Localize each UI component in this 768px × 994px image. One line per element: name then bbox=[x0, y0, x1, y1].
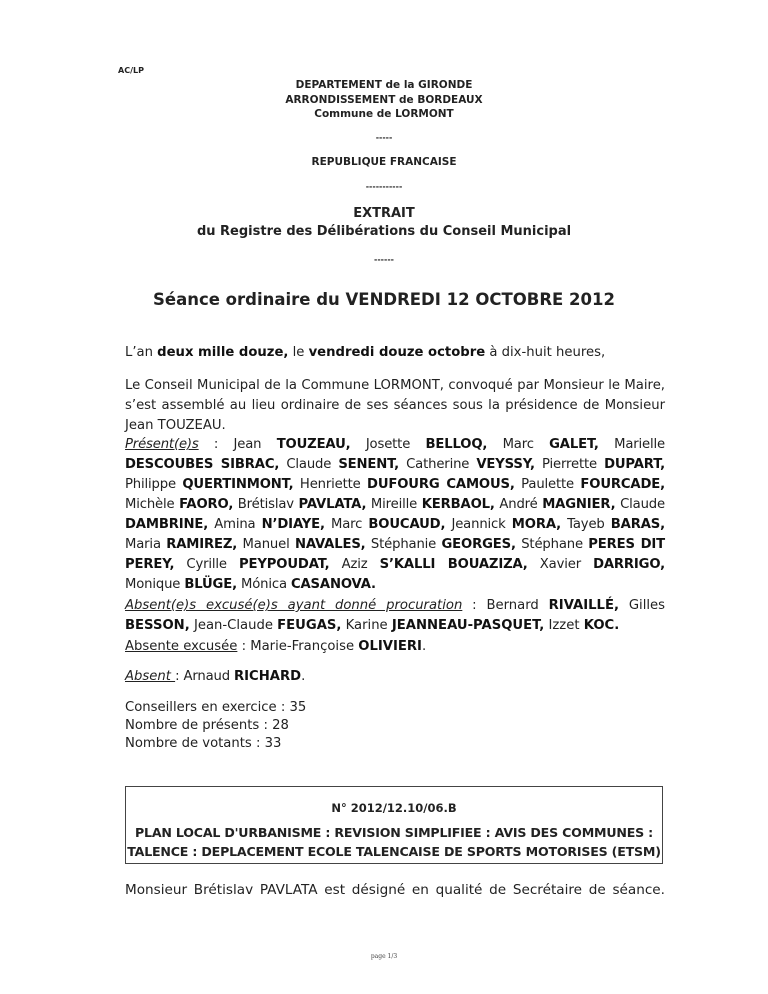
text-fragment: le bbox=[288, 345, 308, 360]
person-surname: JEANNEAU-PASQUET, bbox=[392, 618, 544, 633]
deliberation-box: N° 2012/12.10/06.B PLAN LOCAL D'URBANISM… bbox=[125, 786, 663, 864]
deliberation-title-line2: TALENCE : DEPLACEMENT ECOLE TALENCAISE D… bbox=[126, 842, 662, 861]
person-surname: RAMIREZ, bbox=[166, 537, 237, 552]
count-presents: Nombre de présents : 28 bbox=[125, 717, 665, 735]
person-firstname: Josette bbox=[366, 437, 426, 452]
person-firstname: Stéphanie bbox=[371, 537, 442, 552]
person-surname: N’DIAYE, bbox=[262, 517, 325, 532]
person-surname: OLIVIERI bbox=[358, 639, 422, 654]
person-firstname: Catherine bbox=[406, 457, 476, 472]
person-surname: GEORGES, bbox=[442, 537, 516, 552]
presents-section: Présent(e)s : Jean TOUZEAU, Josette BELL… bbox=[125, 435, 665, 595]
person-surname: BESSON, bbox=[125, 618, 190, 633]
person-surname: DUFOURG CAMOUS, bbox=[367, 477, 515, 492]
person-surname: PEYPOUDAT, bbox=[239, 557, 330, 572]
person-surname: BOUCAUD, bbox=[368, 517, 445, 532]
person-firstname: Marielle bbox=[614, 437, 665, 452]
separator: ----- bbox=[0, 133, 768, 142]
person-firstname: Paulette bbox=[521, 477, 580, 492]
person-firstname: Maria bbox=[125, 537, 166, 552]
person-firstname: Claude bbox=[286, 457, 338, 472]
text-fragment bbox=[535, 457, 542, 472]
person-surname: PAVLATA, bbox=[299, 497, 367, 512]
person-firstname: Mireille bbox=[371, 497, 422, 512]
person-surname: GALET, bbox=[549, 437, 599, 452]
arrondissement-line: ARRONDISSEMENT de BORDEAUX bbox=[0, 93, 768, 108]
section-label: Absent(e)s excusé(e)s ayant donné procur… bbox=[125, 598, 462, 613]
text-fragment bbox=[487, 437, 502, 452]
presents-list: Présent(e)s : Jean TOUZEAU, Josette BELL… bbox=[125, 435, 665, 595]
text-fragment: : bbox=[462, 598, 486, 613]
person-firstname: Aziz bbox=[342, 557, 380, 572]
intro-convocation: Le Conseil Municipal de la Commune LORMO… bbox=[125, 376, 665, 436]
person-firstname: Stéphane bbox=[521, 537, 588, 552]
absent-text: Absent : Arnaud RICHARD. bbox=[125, 667, 665, 687]
person-surname: KERBAOL, bbox=[422, 497, 495, 512]
person-surname: SENENT, bbox=[338, 457, 399, 472]
person-firstname: Tayeb bbox=[567, 517, 611, 532]
person-firstname: Philippe bbox=[125, 477, 182, 492]
text-fragment: . bbox=[301, 669, 305, 684]
person-firstname: Jeannick bbox=[451, 517, 511, 532]
extrait-title: EXTRAIT bbox=[0, 205, 768, 222]
person-firstname: Gilles bbox=[629, 598, 665, 613]
person-surname: MORA, bbox=[512, 517, 561, 532]
person-firstname: : Marie-Françoise bbox=[237, 639, 358, 654]
counts-section: Conseillers en exercice : 35 Nombre de p… bbox=[125, 699, 665, 753]
text-fragment bbox=[351, 437, 366, 452]
text-fragment bbox=[330, 557, 342, 572]
person-firstname: Bernard bbox=[486, 598, 548, 613]
page-number: page 1/3 bbox=[0, 953, 768, 960]
person-firstname: Cyrille bbox=[186, 557, 239, 572]
person-firstname: Jean-Claude bbox=[194, 618, 277, 633]
person-surname: S’KALLI BOUAZIZA, bbox=[380, 557, 528, 572]
person-surname: VEYSSY, bbox=[476, 457, 535, 472]
text-fragment bbox=[619, 598, 629, 613]
seance-title: Séance ordinaire du VENDREDI 12 OCTOBRE … bbox=[0, 290, 768, 309]
text-fragment: L’an bbox=[125, 345, 157, 360]
person-firstname: Amina bbox=[214, 517, 261, 532]
person-surname: TOUZEAU, bbox=[277, 437, 351, 452]
text-fragment: . bbox=[422, 639, 426, 654]
document-reference: AC/LP bbox=[118, 66, 144, 75]
person-firstname: Xavier bbox=[540, 557, 593, 572]
person-firstname: Brétislav bbox=[238, 497, 299, 512]
person-surname: KOC. bbox=[584, 618, 620, 633]
person-firstname: Pierrette bbox=[542, 457, 604, 472]
person-surname: FOURCADE, bbox=[580, 477, 665, 492]
emphasis: vendredi douze octobre bbox=[309, 345, 486, 360]
person-surname: FEUGAS, bbox=[277, 618, 341, 633]
registre-subtitle: du Registre des Délibérations du Conseil… bbox=[0, 223, 768, 240]
document-page: AC/LP DEPARTEMENT de la GIRONDE ARRONDIS… bbox=[0, 0, 768, 994]
commune-line: Commune de LORMONT bbox=[0, 107, 768, 122]
person-firstname: Karine bbox=[346, 618, 392, 633]
absente-excusee-text: Absente excusée : Marie-Françoise OLIVIE… bbox=[125, 637, 665, 657]
text-fragment: : bbox=[199, 437, 234, 452]
person-firstname: André bbox=[499, 497, 542, 512]
person-firstname: Marc bbox=[331, 517, 368, 532]
absent-section: Absent : Arnaud RICHARD. bbox=[125, 667, 665, 687]
secretaire-text: Monsieur Brétislav PAVLATA est désigné e… bbox=[125, 882, 665, 898]
person-surname: RIVAILLÉ, bbox=[549, 598, 619, 613]
person-firstname: Marc bbox=[503, 437, 550, 452]
section-label: Absent bbox=[125, 669, 175, 684]
person-firstname: : Arnaud bbox=[175, 669, 234, 684]
person-surname: MAGNIER, bbox=[542, 497, 615, 512]
person-surname: FAORO, bbox=[179, 497, 233, 512]
person-surname: DARRIGO, bbox=[593, 557, 665, 572]
person-firstname: Izzet bbox=[548, 618, 583, 633]
deliberation-title-line1: PLAN LOCAL D'URBANISME : REVISION SIMPLI… bbox=[126, 823, 662, 842]
person-surname: DESCOUBES SIBRAC, bbox=[125, 457, 279, 472]
person-firstname: Jean bbox=[234, 437, 277, 452]
department-line: DEPARTEMENT de la GIRONDE bbox=[0, 78, 768, 93]
person-surname: RICHARD bbox=[234, 669, 301, 684]
text-fragment: à dix-huit heures, bbox=[485, 345, 605, 360]
procuration-section: Absent(e)s excusé(e)s ayant donné procur… bbox=[125, 596, 665, 636]
person-firstname: Manuel bbox=[243, 537, 295, 552]
text-fragment bbox=[599, 437, 614, 452]
person-firstname: Claude bbox=[620, 497, 665, 512]
department-header: DEPARTEMENT de la GIRONDE ARRONDISSEMENT… bbox=[0, 78, 768, 122]
person-surname: DAMBRINE, bbox=[125, 517, 208, 532]
republique-line: REPUBLIQUE FRANCAISE bbox=[0, 155, 768, 170]
intro-date-text: L’an deux mille douze, le vendredi douze… bbox=[125, 343, 665, 363]
person-surname: QUERTINMONT, bbox=[182, 477, 293, 492]
person-firstname: Mónica bbox=[241, 577, 291, 592]
procuration-list: Absent(e)s excusé(e)s ayant donné procur… bbox=[125, 596, 665, 636]
emphasis: deux mille douze, bbox=[157, 345, 288, 360]
separator: ----------- bbox=[0, 182, 768, 191]
person-surname: CASANOVA. bbox=[291, 577, 376, 592]
section-label: Présent(e)s bbox=[125, 437, 199, 452]
text-fragment bbox=[174, 557, 186, 572]
count-votants: Nombre de votants : 33 bbox=[125, 735, 665, 753]
text-fragment bbox=[528, 557, 540, 572]
person-firstname: Henriette bbox=[300, 477, 367, 492]
section-label: Absente excusée bbox=[125, 639, 237, 654]
person-firstname: Monique bbox=[125, 577, 184, 592]
separator: ------ bbox=[0, 255, 768, 264]
person-surname: NAVALES, bbox=[295, 537, 366, 552]
convocation-text: Le Conseil Municipal de la Commune LORMO… bbox=[125, 376, 665, 436]
intro-date: L’an deux mille douze, le vendredi douze… bbox=[125, 343, 665, 363]
person-firstname: Michèle bbox=[125, 497, 179, 512]
person-surname: DUPART, bbox=[604, 457, 665, 472]
count-exercice: Conseillers en exercice : 35 bbox=[125, 699, 665, 717]
absente-excusee-section: Absente excusée : Marie-Françoise OLIVIE… bbox=[125, 637, 665, 657]
deliberation-number: N° 2012/12.10/06.B bbox=[126, 801, 662, 815]
person-surname: BARAS, bbox=[611, 517, 665, 532]
person-surname: BELLOQ, bbox=[425, 437, 487, 452]
deliberation-title: PLAN LOCAL D'URBANISME : REVISION SIMPLI… bbox=[126, 823, 662, 861]
person-surname: BLÜGE, bbox=[184, 577, 237, 592]
